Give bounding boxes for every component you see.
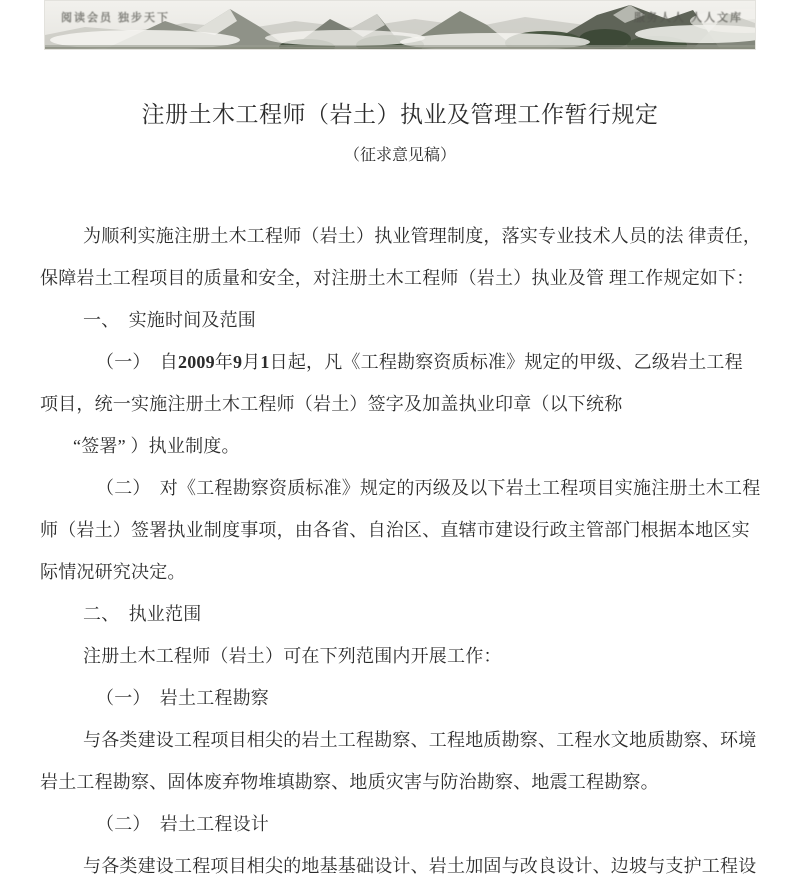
document-title: 注册土木工程师（岩土）执业及管理工作暂行规定 [0, 96, 800, 129]
document-line: （二） 岩土工程设计 [40, 803, 770, 845]
document-line: （二） 对《工程勘察资质标准》规定的丙级及以下岩土工程项目实施注册土木工程 [40, 467, 770, 509]
watermark-left-text: 阅读会员 独步天下 [61, 9, 170, 25]
document-line: 师（岩土）签署执业制度事项，由各省、自治区、直辖市建设行政主管部门根据本地区实 [40, 509, 770, 551]
header-banner: 阅读会员 独步天下 服务人人 人人文库 [45, 1, 755, 49]
document-line: （一） 岩土工程勘察 [40, 677, 770, 719]
document-line: 为顺利实施注册土木工程师（岩土）执业管理制度，落实专业技术人员的法 律责任， [40, 215, 770, 257]
document-line: 注册土木工程师（岩土）可在下列范围内开展工作： [40, 635, 770, 677]
document-body: 为顺利实施注册土木工程师（岩土）执业管理制度，落实专业技术人员的法 律责任，保障… [40, 215, 770, 884]
document-line: （一） 自2009年9月1日起，凡《工程勘察资质标准》规定的甲级、乙级岩土工程 [40, 341, 770, 383]
document-line: 二、 执业范围 [40, 593, 770, 635]
document-line: “签署” ）执业制度。 [40, 425, 770, 467]
document-line: 与各类建设工程项目相尖的岩土工程勘察、工程地质勘察、工程水文地质勘察、环境 [40, 719, 770, 761]
document-line: 保障岩土工程项目的质量和安全，对注册土木工程师（岩土）执业及管 理工作规定如下： [40, 257, 770, 299]
document-line: 一、 实施时间及范围 [40, 299, 770, 341]
document-line: 项目，统一实施注册土木工程师（岩土）签字及加盖执业印章（以下统称 [40, 383, 770, 425]
document-subtitle: （征求意见稿） [0, 142, 800, 165]
document-page: { "banner": { "watermark_left": "阅读会员 独步… [0, 0, 800, 884]
document-line: 与各类建设工程项目相尖的地基基础设计、岩土加固与改良设计、边坡与支护工程设 [40, 845, 770, 884]
document-line: 岩土工程勘察、固体废弃物堆填勘察、地质灾害与防治勘察、地震工程勘察。 [40, 761, 770, 803]
document-line: 际情况研究决定。 [40, 551, 770, 593]
watermark-right-text: 服务人人 人人文库 [634, 9, 743, 25]
